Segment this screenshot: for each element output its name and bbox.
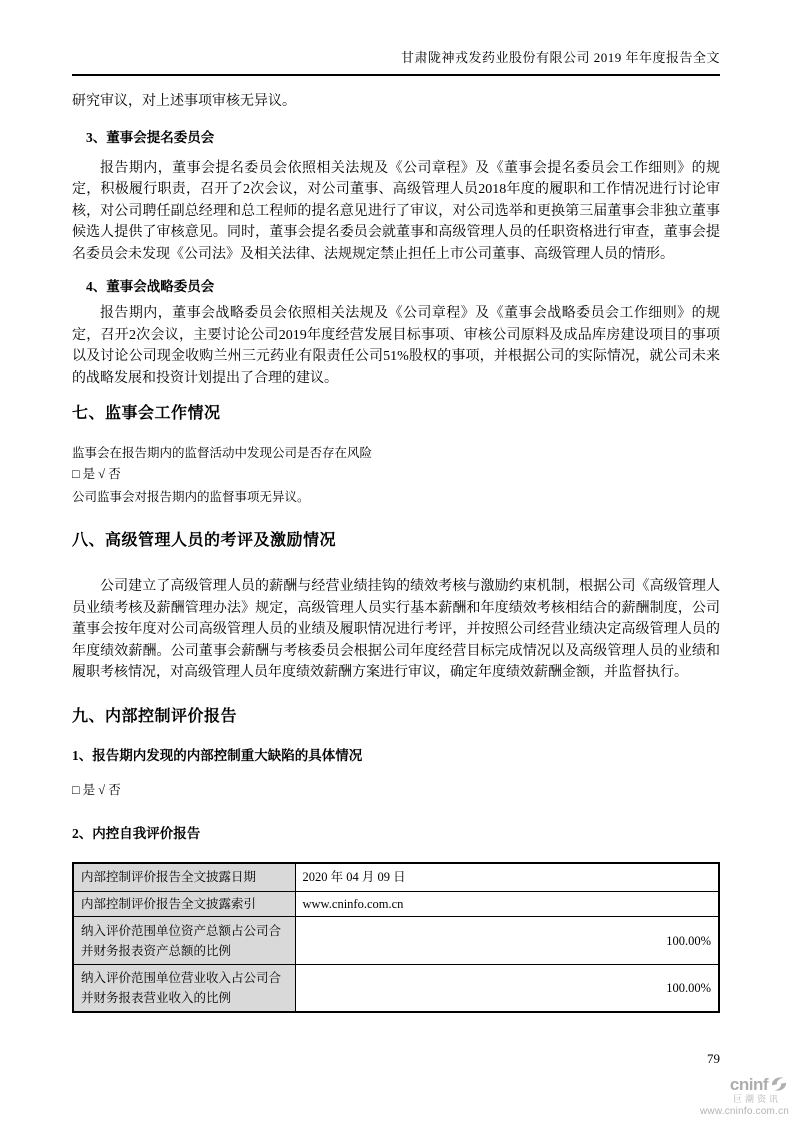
report-header-title: 甘肃陇神戎发药业股份有限公司 2019 年年度报告全文	[401, 47, 720, 66]
heading-supervisory-board: 七、监事会工作情况	[72, 403, 720, 425]
cninfo-logo: cninf 巨潮资讯 www.cninfo.com.cn	[679, 1074, 789, 1117]
table-cell-label: 纳入评价范围单位营业收入占公司合并财务报表营业收入的比例	[73, 965, 295, 1012]
heading-strategy-committee: 4、董事会战略委员会	[72, 277, 720, 297]
table-row: 内部控制评价报告全文披露索引 www.cninfo.com.cn	[73, 892, 719, 917]
heading-internal-control-report: 九、内部控制评价报告	[72, 706, 720, 728]
table-cell-label: 内部控制评价报告全文披露索引	[73, 892, 295, 917]
table-cell-value: www.cninfo.com.cn	[295, 892, 719, 917]
intro-paragraph: 研究审议，对上述事项审核无异议。	[72, 91, 720, 113]
report-header: 甘肃陇神戎发药业股份有限公司 2019 年年度报告全文	[72, 0, 720, 76]
supervisory-yes-no-answer: □ 是 √ 否	[72, 466, 720, 482]
strategy-committee-paragraph: 报告期内，董事会战略委员会依照相关法规及《公司章程》及《董事会战略委员会工作细则…	[72, 303, 720, 389]
heading-nomination-committee: 3、董事会提名委员会	[72, 128, 720, 148]
heading-ic-major-defects: 1、报告期内发现的内部控制重大缺陷的具体情况	[72, 746, 720, 766]
cninfo-logo-row: cninf	[679, 1074, 789, 1094]
cninfo-logo-url: www.cninfo.com.cn	[679, 1107, 789, 1117]
table-cell-value: 100.00%	[295, 965, 719, 1012]
document-page: 甘肃陇神戎发药业股份有限公司 2019 年年度报告全文 研究审议，对上述事项审核…	[0, 0, 793, 1122]
internal-control-table: 内部控制评价报告全文披露日期 2020 年 04 月 09 日 内部控制评价报告…	[72, 862, 720, 1013]
content-area: 甘肃陇神戎发药业股份有限公司 2019 年年度报告全文 研究审议，对上述事项审核…	[0, 0, 793, 1067]
table-row: 纳入评价范围单位营业收入占公司合并财务报表营业收入的比例 100.00%	[73, 965, 719, 1012]
table-cell-value: 2020 年 04 月 09 日	[295, 863, 719, 892]
ic-yes-no-answer: □ 是 √ 否	[72, 782, 720, 798]
cninfo-logo-text: cninf	[730, 1076, 768, 1093]
cninfo-swirl-icon	[769, 1074, 789, 1094]
table-cell-value: 100.00%	[295, 917, 719, 965]
heading-ic-self-evaluation: 2、内控自我评价报告	[72, 824, 720, 844]
cninfo-logo-subtitle: 巨潮资讯	[679, 1095, 789, 1104]
nomination-committee-paragraph: 报告期内，董事会提名委员会依照相关法规及《公司章程》及《董事会提名委员会工作细则…	[72, 158, 720, 266]
table-row: 内部控制评价报告全文披露日期 2020 年 04 月 09 日	[73, 863, 719, 892]
page-number: 79	[72, 1051, 720, 1067]
table-row: 纳入评价范围单位资产总额占公司合并财务报表资产总额的比例 100.00%	[73, 917, 719, 965]
supervisory-risk-question: 监事会在报告期内的监督活动中发现公司是否存在风险	[72, 445, 720, 461]
supervisory-conclusion: 公司监事会对报告期内的监督事项无异议。	[72, 489, 720, 505]
heading-executive-appraisal: 八、高级管理人员的考评及激励情况	[72, 530, 720, 552]
table-cell-label: 内部控制评价报告全文披露日期	[73, 863, 295, 892]
executive-appraisal-paragraph: 公司建立了高级管理人员的薪酬与经营业绩挂钩的绩效考核与激励约束机制，根据公司《高…	[72, 576, 720, 684]
table-cell-label: 纳入评价范围单位资产总额占公司合并财务报表资产总额的比例	[73, 917, 295, 965]
